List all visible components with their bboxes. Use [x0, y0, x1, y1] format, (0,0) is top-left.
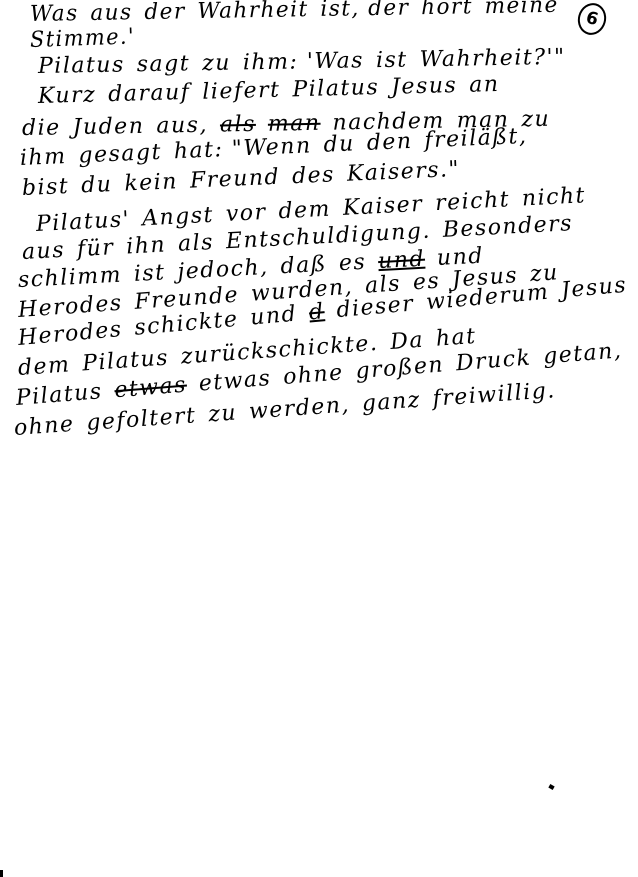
word: Kaiser [342, 192, 424, 221]
word: ganz [361, 388, 422, 417]
word: etwas [198, 366, 272, 397]
word: vor [225, 200, 267, 227]
word: ohne [282, 360, 344, 390]
word: jedoch, [177, 255, 269, 285]
word: Besonders [442, 211, 573, 243]
word: aus [21, 238, 65, 265]
word: als [177, 230, 214, 257]
word: daß [280, 252, 328, 279]
word: der [144, 0, 186, 25]
word: du [323, 131, 355, 157]
word: dem [278, 197, 332, 225]
word: Pilatus [81, 345, 169, 376]
word: Angst [142, 203, 215, 232]
word: aus [90, 0, 133, 26]
word: schlimm [17, 263, 122, 293]
ink-speck [548, 784, 554, 790]
word: für [76, 235, 115, 262]
word: darauf [108, 80, 191, 107]
word: Freund [189, 165, 280, 194]
word: es [338, 250, 367, 276]
word: aus, [156, 113, 208, 139]
word: Pilatus' [35, 207, 131, 237]
word: ist, der [320, 0, 409, 22]
word: Was [30, 1, 79, 27]
word: hat: "Wenn [173, 133, 312, 164]
word: gefoltert [86, 403, 198, 436]
word: des [292, 162, 336, 189]
word: dieser [335, 291, 415, 323]
word: Herodes [17, 317, 124, 351]
word: Wahrheit?'" [419, 45, 565, 73]
crossed-out-word: etwas [114, 373, 188, 404]
word: Juden [72, 114, 144, 140]
word: reicht [435, 187, 511, 216]
word: bist [21, 174, 69, 201]
word: sagt [137, 51, 191, 77]
word: ist [376, 48, 408, 74]
word: ist [133, 260, 166, 287]
word: Pilatus [292, 75, 379, 102]
text-line: Stimme.' [30, 24, 147, 53]
word: Kaisers." [346, 157, 460, 187]
word: liefert [202, 78, 281, 105]
word: ihn [126, 232, 167, 259]
edge-mark [0, 870, 3, 877]
word: großen [355, 352, 445, 384]
word: Wahrheit [197, 0, 309, 24]
word: Jesus [391, 73, 458, 100]
word: nicht [521, 183, 586, 211]
word: meine [484, 0, 559, 19]
word: freiläßt, [424, 124, 528, 153]
word: Pilatus [38, 52, 125, 79]
page-number-circle: 6 [574, 0, 609, 38]
word: kein [124, 169, 179, 196]
word: Jesus [560, 273, 628, 304]
crossed-out-word: als [220, 112, 256, 138]
word: zu [208, 400, 238, 427]
handwritten-page: 6 WasausderWahrheitist, derhörtmeineStim… [0, 0, 638, 877]
word: gesagt [78, 140, 162, 169]
text-line: WasausderWahrheitist, derhörtmeine [30, 0, 571, 27]
word: werden, [248, 393, 351, 425]
word: Da [389, 328, 424, 355]
word: den [366, 129, 413, 156]
word: hört [421, 0, 473, 20]
word: Druck [455, 345, 532, 376]
word: dem [17, 352, 71, 381]
word: Stimme.' [30, 24, 136, 53]
word: getan, [542, 338, 623, 369]
word: und [249, 302, 298, 331]
word: hat [435, 324, 477, 352]
crossed-out-word: d [308, 299, 326, 325]
word: Kurz [38, 82, 97, 109]
word: Pilatus [15, 379, 103, 411]
word: an [469, 72, 500, 98]
word: ihm: 'Was [243, 48, 365, 75]
word: ihm [19, 144, 67, 171]
word: freiwillig. [432, 378, 557, 412]
word: zu [202, 51, 231, 76]
word: die [22, 115, 61, 141]
word: ohne [13, 412, 75, 441]
word: du [81, 172, 113, 198]
